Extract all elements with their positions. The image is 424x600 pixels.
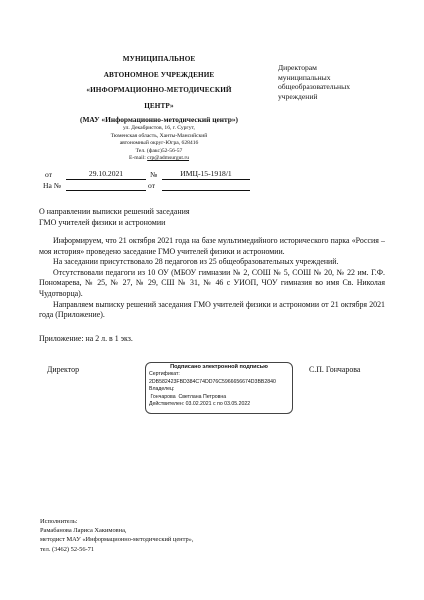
stamp-owner-label: Владелец: <box>149 386 292 393</box>
stamp-cert-label: Сертификат: <box>149 371 292 378</box>
executor-label: Исполнитель: <box>40 517 193 526</box>
stamp-title: Подписано электронной подписью <box>149 364 292 371</box>
number-label: № <box>150 170 157 179</box>
org-address-line-1: ул. Декабристов, 16, г. Сургут, <box>64 125 254 133</box>
executor-phone: тел. (3462) 52-56-71 <box>40 545 193 554</box>
subject-line-1: О направлении выписки решений заседания <box>39 207 190 218</box>
body-paragraph-2: На заседании присутствовало 28 педагогов… <box>39 257 385 268</box>
electronic-signature-stamp: Подписано электронной подписью Сертифика… <box>145 362 293 414</box>
signer-name: С.П. Гончарова <box>309 365 360 374</box>
stamp-cert-value: 2DB582423FBD384C74DD76C5966656674D3BB284… <box>149 379 292 386</box>
body-paragraph-3: Отсутствовали педагоги из 10 ОУ (МБОУ ги… <box>39 268 385 300</box>
addressee-line-4: учреждений <box>278 92 350 102</box>
org-address-line-3: автономный округ-Югра, 628416 <box>64 140 254 148</box>
addressee-line-2: муниципальных <box>278 73 350 83</box>
organization-header: МУНИЦИПАЛЬНОЕ АВТОНОМНОЕ УЧРЕЖДЕНИЕ «ИНФ… <box>64 52 254 163</box>
org-email-link[interactable]: crp@admsurgut.ru <box>147 155 189 161</box>
org-phone: Тел. (факс)52-56-57 <box>64 148 254 156</box>
org-name-line-3: «ИНФОРМАЦИОННО-МЕТОДИЧЕСКИЙ <box>64 83 254 99</box>
ref-number-field <box>66 180 146 191</box>
org-short-name: (МАУ «Информационно-методический центр») <box>64 115 254 125</box>
org-email-row: E-mail: crp@admsurgut.ru <box>64 155 254 163</box>
org-name-line-1: МУНИЦИПАЛЬНОЕ <box>64 52 254 68</box>
executor-name: Рамабанова Лариса Хакимовна, <box>40 526 193 535</box>
letter-body: Информируем, что 21 октября 2021 года на… <box>39 236 385 321</box>
ref-date-field <box>162 180 250 191</box>
stamp-validity: Действителен: 03.02.2021 с по 03.05.2022 <box>149 401 292 408</box>
number-field: ИМЦ-15-1918/1 <box>162 169 250 180</box>
ref-date-label: от <box>148 181 155 190</box>
date-label: от <box>45 170 52 179</box>
ref-number-label: На № <box>43 181 61 190</box>
executor-block: Исполнитель: Рамабанова Лариса Хакимовна… <box>40 517 193 554</box>
addressee-line-1: Директорам <box>278 63 350 73</box>
org-name-line-2: АВТОНОМНОЕ УЧРЕЖДЕНИЕ <box>64 68 254 84</box>
org-email-label: E-mail: <box>129 155 147 161</box>
body-paragraph-1: Информируем, что 21 октября 2021 года на… <box>39 236 385 257</box>
body-paragraph-4: Направляем выписку решений заседания ГМО… <box>39 300 385 321</box>
stamp-owner: Гончарова Светлана Петровна <box>149 394 292 401</box>
signer-position: Директор <box>47 365 79 374</box>
executor-position: методист МАУ «Информационно-методический… <box>40 535 193 544</box>
letter-subject: О направлении выписки решений заседания … <box>39 207 190 228</box>
org-name-line-4: ЦЕНТР» <box>64 99 254 115</box>
addressee-block: Директорам муниципальных общеобразовател… <box>278 63 350 101</box>
subject-line-2: ГМО учителей физики и астрономии <box>39 218 190 229</box>
addressee-line-3: общеобразовательных <box>278 82 350 92</box>
date-field: 29.10.2021 <box>66 169 146 180</box>
appendix-note: Приложение: на 2 л. в 1 экз. <box>39 334 133 343</box>
